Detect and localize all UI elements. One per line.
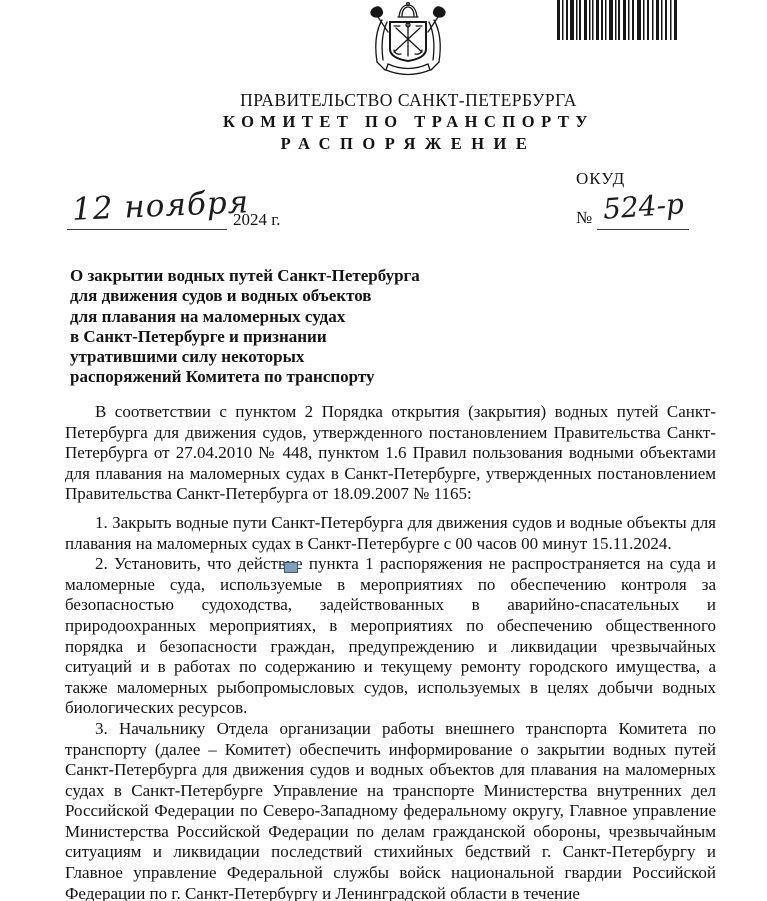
item-paragraph-3: 3. Начальнику Отдела организации работы … [65, 719, 716, 901]
intro-paragraph: В соответствии с пунктом 2 Порядка откры… [65, 402, 716, 505]
number-sign: № [576, 208, 592, 228]
doc-title-line: в Санкт-Петербурге и признании [70, 327, 540, 347]
spb-coat-of-arms-icon [358, 2, 458, 78]
number-underline [597, 229, 689, 230]
barcode-icon [557, 0, 693, 40]
date-underline [67, 229, 227, 230]
document-page: { "page": { "background": "#ffffff", "in… [0, 0, 767, 901]
government-name: ПРАВИТЕЛЬСТВО САНКТ-ПЕТЕРБУРГА [25, 90, 767, 110]
doc-title: О закрытии водных путей Санкт-Петербурга… [70, 266, 540, 388]
doc-title-line: О закрытии водных путей Санкт-Петербурга [70, 266, 540, 286]
doc-title-line: для плавания на маломерных судах [70, 307, 540, 327]
doc-date-handwritten: 12 ноября [71, 184, 250, 228]
doc-number-handwritten: 524-р [602, 187, 685, 226]
document-header: ПРАВИТЕЛЬСТВО САНКТ-ПЕТЕРБУРГА КОМИТЕТ П… [25, 90, 767, 154]
item-paragraph-2: 2. Установить, что действие пункта 1 рас… [65, 554, 716, 719]
doc-type-heading: РАСПОРЯЖЕНИЕ [25, 133, 767, 154]
committee-name: КОМИТЕТ ПО ТРАНСПОРТУ [25, 111, 767, 132]
item-paragraph-1: 1. Закрыть водные пути Санкт-Петербурга … [65, 513, 716, 554]
doc-title-line: утратившими силу некоторых [70, 347, 540, 367]
doc-title-line: для движения судов и водных объектов [70, 286, 540, 306]
selection-square-artifact [284, 562, 298, 573]
okud-label: ОКУД [576, 169, 625, 189]
doc-date-year: 2024 г. [233, 210, 281, 230]
doc-body: В соответствии с пунктом 2 Порядка откры… [65, 402, 716, 901]
doc-title-line: распоряжений Комитета по транспорту [70, 367, 540, 387]
